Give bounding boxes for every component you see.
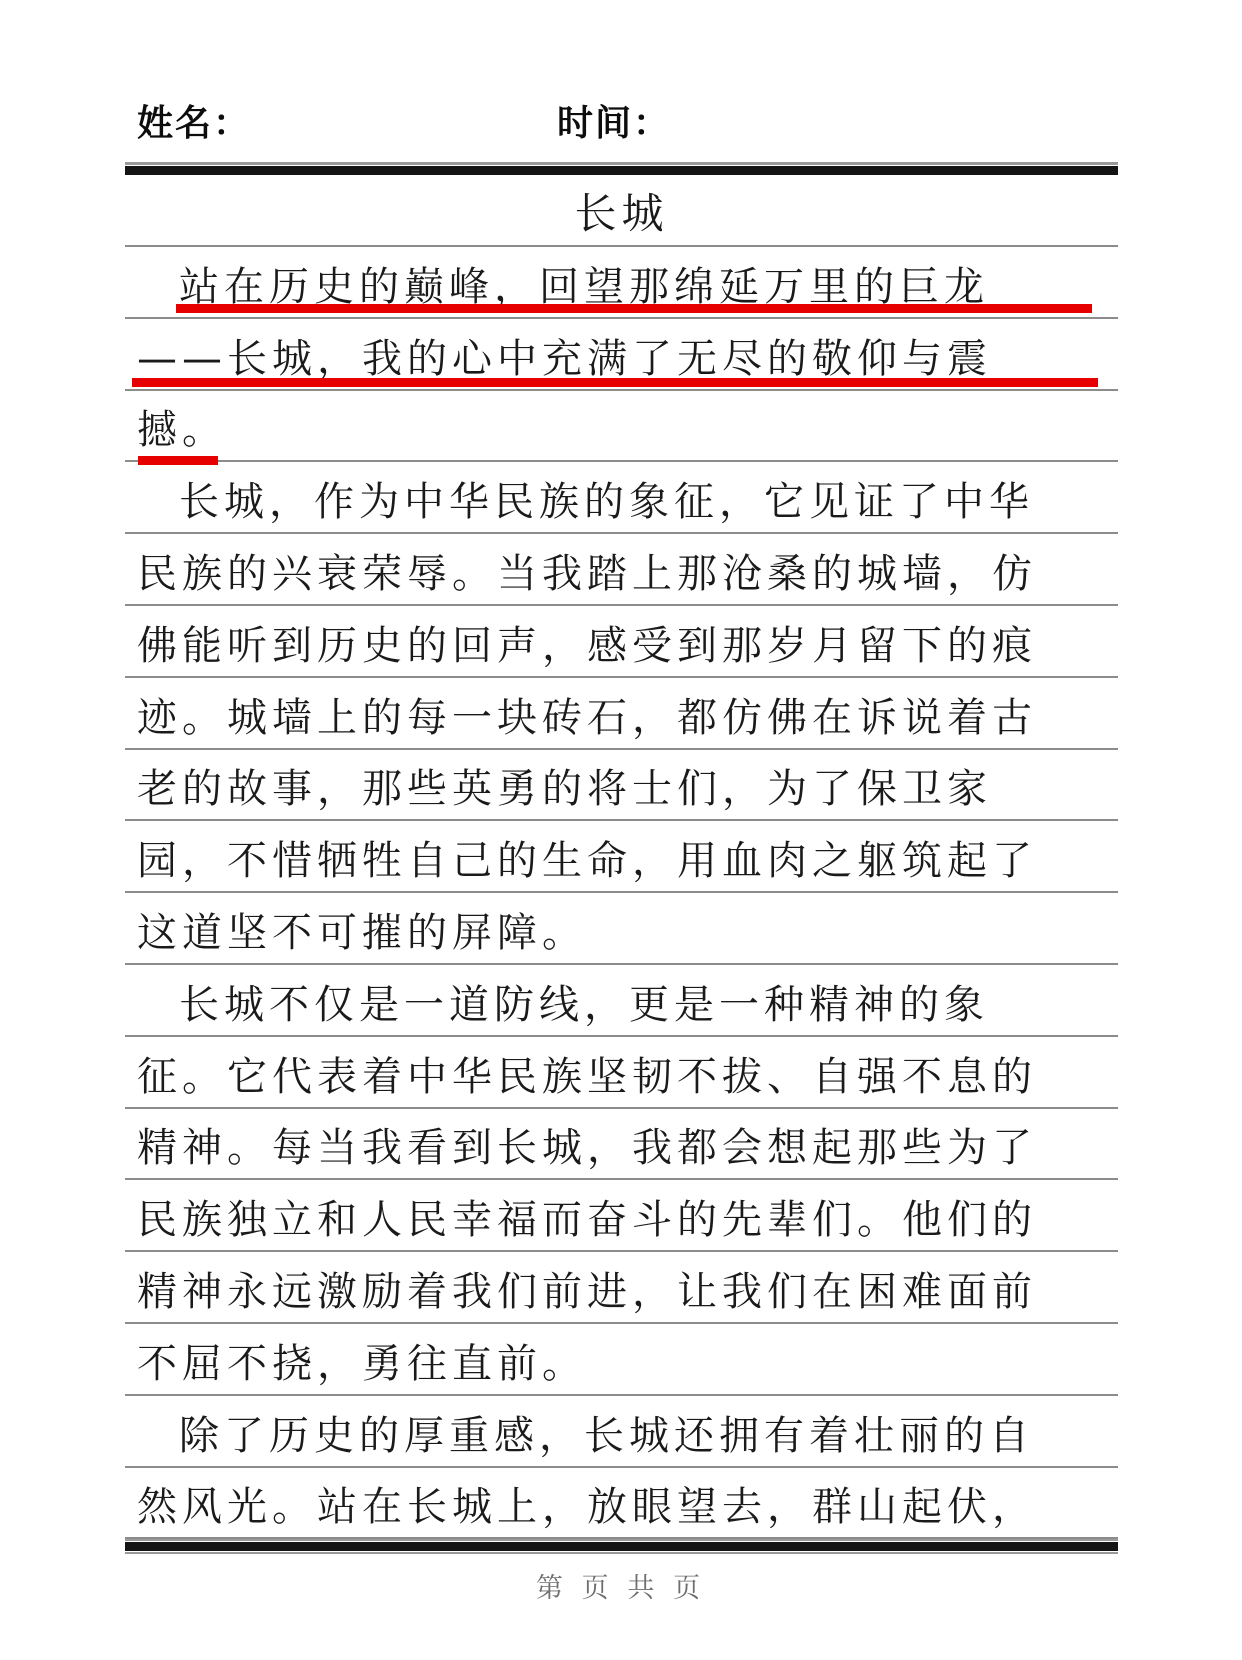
essay-line: 迹。城墙上的每一块砖石，都仿佛在诉说着古 bbox=[125, 678, 1118, 750]
essay-title: 长城 bbox=[574, 192, 668, 236]
essay-line: 然风光。站在长城上，放眼望去，群山起伏， bbox=[125, 1468, 1118, 1540]
essay-line-text: 不屈不挠，勇往直前。 bbox=[137, 1343, 587, 1385]
worksheet-page: 姓名： 时间： 长城 站在历史的巅峰，回望那绵延万里的巨龙 ——长城，我的心中充… bbox=[0, 0, 1242, 1660]
teacher-underline-mark bbox=[138, 456, 218, 465]
essay-line-text: 园，不惜牺牲自己的生命，用血肉之躯筑起了 bbox=[137, 840, 1037, 882]
footer-divider bbox=[125, 1539, 1118, 1554]
page-footer: 第 页 共 页 bbox=[0, 1566, 1242, 1605]
teacher-underline-mark bbox=[176, 304, 1092, 313]
essay-line: 不屈不挠，勇往直前。 bbox=[125, 1324, 1118, 1396]
essay-line: 民族的兴衰荣辱。当我踏上那沧桑的城墙，仿 bbox=[125, 534, 1118, 606]
essay-line: 这道坚不可摧的屏障。 bbox=[125, 893, 1118, 965]
essay-line-text: 除了历史的厚重感，长城还拥有着壮丽的自 bbox=[179, 1415, 1034, 1457]
teacher-underline-mark bbox=[132, 378, 1098, 387]
essay-line-text: 迹。城墙上的每一块砖石，都仿佛在诉说着古 bbox=[137, 697, 1037, 739]
essay-line-text: 民族的兴衰荣辱。当我踏上那沧桑的城墙，仿 bbox=[137, 553, 1037, 595]
essay-line: 长城，作为中华民族的象征，它见证了中华 bbox=[125, 462, 1118, 534]
essay-body: 长城 站在历史的巅峰，回望那绵延万里的巨龙 ——长城，我的心中充满了无尽的敬仰与… bbox=[125, 175, 1118, 1539]
essay-line-text: 站在历史的巅峰，回望那绵延万里的巨龙 bbox=[179, 266, 989, 308]
essay-line: 撼。 bbox=[125, 391, 1118, 463]
essay-line: ——长城，我的心中充满了无尽的敬仰与震 bbox=[125, 319, 1118, 391]
essay-line-text: 精神永远激励着我们前进，让我们在困难面前 bbox=[137, 1271, 1037, 1313]
essay-line-text: 然风光。站在长城上，放眼望去，群山起伏， bbox=[137, 1486, 1037, 1528]
header-divider bbox=[125, 162, 1118, 175]
essay-line: 除了历史的厚重感，长城还拥有着壮丽的自 bbox=[125, 1396, 1118, 1468]
essay-line-text: 长城不仅是一道防线，更是一种精神的象 bbox=[179, 984, 989, 1026]
essay-line-text: 征。它代表着中华民族坚韧不拔、自强不息的 bbox=[137, 1056, 1037, 1098]
essay-line: 长城不仅是一道防线，更是一种精神的象 bbox=[125, 965, 1118, 1037]
essay-line-text: ——长城，我的心中充满了无尽的敬仰与震 bbox=[137, 338, 992, 380]
essay-line-text: 这道坚不可摧的屏障。 bbox=[137, 912, 587, 954]
essay-line-text: 民族独立和人民幸福而奋斗的先辈们。他们的 bbox=[137, 1199, 1037, 1241]
time-label: 时间： bbox=[557, 102, 671, 146]
essay-line-text: 撼。 bbox=[137, 409, 227, 451]
page-footer-text: 第 页 共 页 bbox=[536, 1573, 706, 1603]
essay-line-text: 佛能听到历史的回声，感受到那岁月留下的痕 bbox=[137, 625, 1037, 667]
essay-title-row: 长城 bbox=[125, 175, 1118, 247]
essay-line: 精神。每当我看到长城，我都会想起那些为了 bbox=[125, 1109, 1118, 1181]
essay-line: 征。它代表着中华民族坚韧不拔、自强不息的 bbox=[125, 1037, 1118, 1109]
essay-line: 园，不惜牺牲自己的生命，用血肉之躯筑起了 bbox=[125, 821, 1118, 893]
essay-line: 站在历史的巅峰，回望那绵延万里的巨龙 bbox=[125, 247, 1118, 319]
name-label: 姓名： bbox=[137, 102, 251, 146]
essay-line-text: 精神。每当我看到长城，我都会想起那些为了 bbox=[137, 1127, 1037, 1169]
essay-line: 佛能听到历史的回声，感受到那岁月留下的痕 bbox=[125, 606, 1118, 678]
essay-line-text: 长城，作为中华民族的象征，它见证了中华 bbox=[179, 481, 1034, 523]
essay-line: 民族独立和人民幸福而奋斗的先辈们。他们的 bbox=[125, 1180, 1118, 1252]
essay-line: 精神永远激励着我们前进，让我们在困难面前 bbox=[125, 1252, 1118, 1324]
essay-line-text: 老的故事，那些英勇的将士们，为了保卫家 bbox=[137, 768, 992, 810]
essay-line: 老的故事，那些英勇的将士们，为了保卫家 bbox=[125, 750, 1118, 822]
